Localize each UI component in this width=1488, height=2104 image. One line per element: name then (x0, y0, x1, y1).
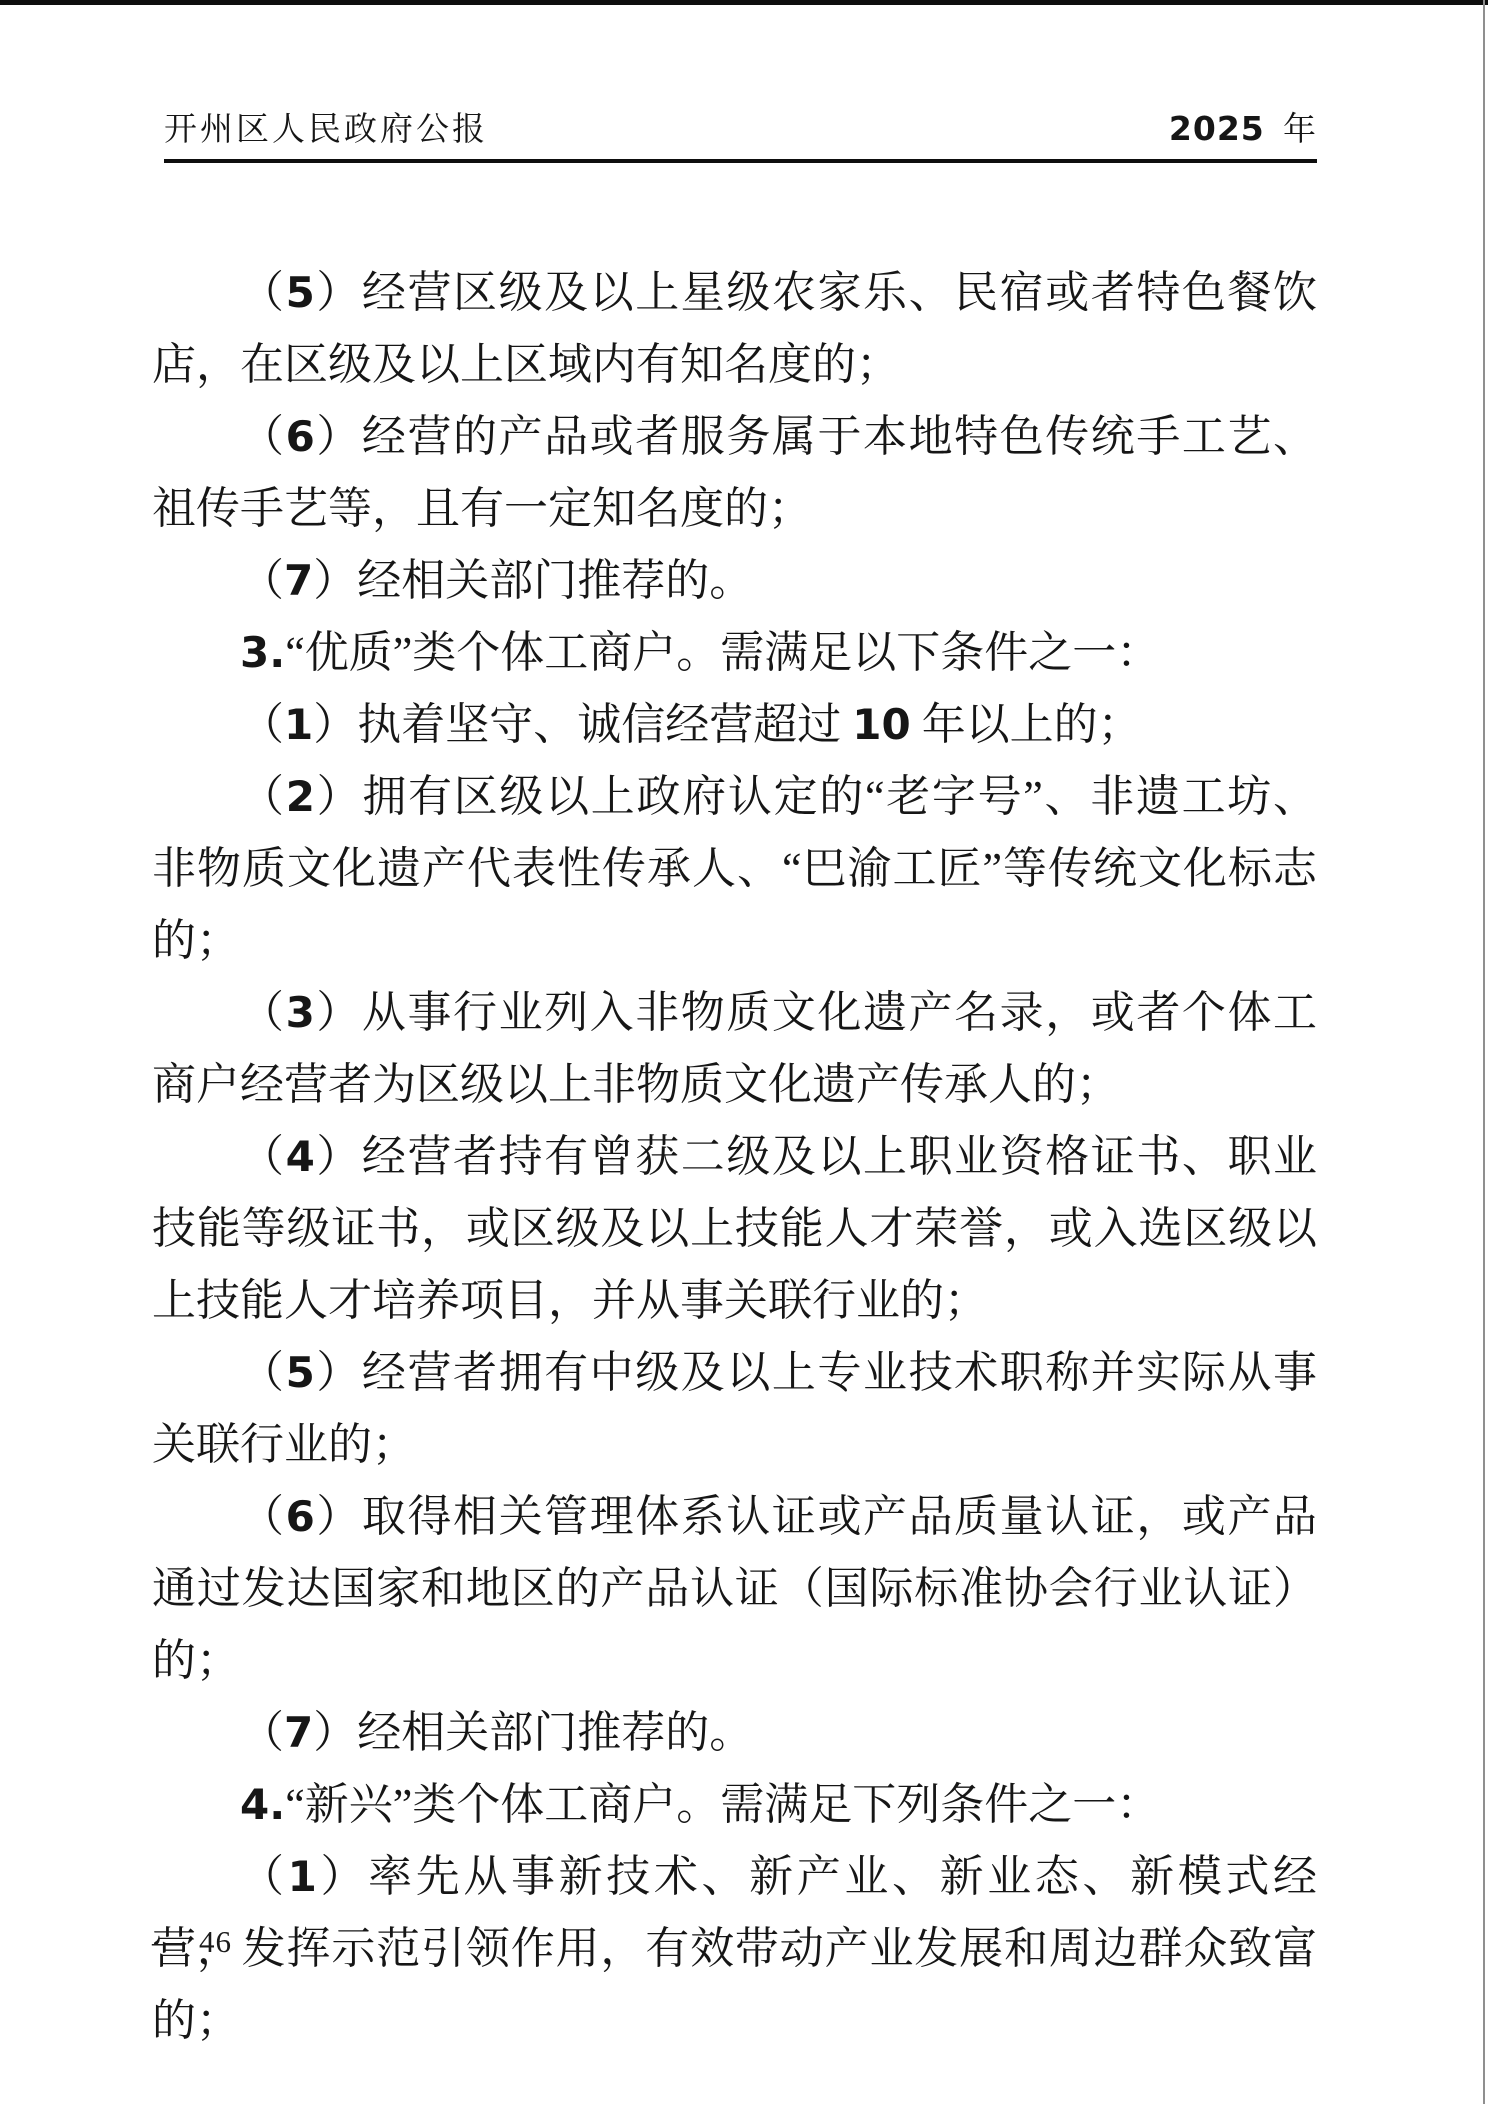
paragraph-text: （ (240, 1348, 286, 1397)
paragraph-number: 1 (288, 1852, 317, 1901)
paragraph-text: （ (240, 268, 286, 317)
paragraph-number: 3. (240, 628, 285, 677)
paragraph: （2）拥有区级以上政府认定的“老字号”、非遗工坊、非物质文化遗产代表性传承人、“… (152, 761, 1317, 977)
paragraph-text: （ (240, 556, 284, 605)
paragraph-number: 5 (286, 268, 315, 317)
paragraph-number: 4 (286, 1132, 315, 1181)
page-right-edge (1483, 0, 1485, 2104)
paragraph-number: 6 (286, 1492, 315, 1541)
paragraph: （5）经营者拥有中级及以上专业技术职称并实际从事关联行业的； (152, 1337, 1317, 1481)
paragraph: 4.“新兴”类个体工商户。需满足下列条件之一： (152, 1769, 1317, 1841)
paragraph-number: 2 (286, 772, 315, 821)
page-footer: — 46 — (152, 1924, 279, 1960)
paragraph-text: （ (240, 772, 286, 821)
paragraph: （7）经相关部门推荐的。 (152, 1697, 1317, 1769)
year-suffix: 年 (1283, 112, 1317, 148)
page-number: 46 (199, 1924, 232, 1960)
paragraph-text: （ (240, 1132, 286, 1181)
paragraph: （1）执着坚守、诚信经营超过 10 年以上的； (152, 689, 1317, 761)
page-top-edge (0, 0, 1488, 5)
paragraph: 3.“优质”类个体工商户。需满足以下条件之一： (152, 617, 1317, 689)
paragraph-text: （ (240, 1708, 284, 1757)
paragraph-number: 1 (284, 700, 313, 749)
year-number: 2025 (1169, 109, 1265, 148)
paragraph: （6）取得相关管理体系认证或产品质量认证，或产品通过发达国家和地区的产品认证（国… (152, 1481, 1317, 1697)
footer-dash-right: — (247, 1924, 279, 1960)
paragraph-number: 7 (284, 1708, 313, 1757)
paragraph-text: ）从事行业列入非物质文化遗产名录，或者个体工商户经营者为区级以上非物质文化遗产传… (152, 988, 1317, 1109)
paragraph-text: ）拥有区级以上政府认定的“老字号”、非遗工坊、非物质文化遗产代表性传承人、“巴渝… (152, 772, 1317, 965)
paragraph-text: ）取得相关管理体系认证或产品质量认证，或产品通过发达国家和地区的产品认证（国际标… (152, 1492, 1317, 1685)
paragraph-text: ）率先从事新技术、新产业、新业态、新模式经营，发挥示范引领作用，有效带动产业发展… (152, 1852, 1317, 2045)
paragraph-text: ）经营者拥有中级及以上专业技术职称并实际从事关联行业的； (152, 1348, 1317, 1469)
paragraph-text: （ (240, 700, 284, 749)
paragraph-number: 4. (240, 1780, 285, 1829)
paragraph-text: （ (240, 988, 286, 1037)
paragraph-text: （ (240, 1852, 288, 1901)
paragraph-number: 5 (286, 1348, 315, 1397)
paragraph: （6）经营的产品或者服务属于本地特色传统手工艺、祖传手艺等，且有一定知名度的； (152, 401, 1317, 545)
paragraph: （1）率先从事新技术、新产业、新业态、新模式经营，发挥示范引领作用，有效带动产业… (152, 1841, 1317, 2057)
paragraph-number: 3 (286, 988, 315, 1037)
document-body: （5）经营区级及以上星级农家乐、民宿或者特色餐饮店，在区级及以上区域内有知名度的… (152, 257, 1317, 2057)
paragraph-text: “新兴”类个体工商户。需满足下列条件之一： (285, 1780, 1160, 1829)
paragraph-text: （ (240, 1492, 286, 1541)
paragraph-text: ）经营者持有曾获二级及以上职业资格证书、职业技能等级证书，或区级及以上技能人才荣… (152, 1132, 1317, 1325)
paragraph-number: 7 (284, 556, 313, 605)
paragraph-text: ）执着坚守、诚信经营超过 (313, 700, 852, 749)
paragraph-text: （ (240, 412, 286, 461)
paragraph-text: 年以上的； (911, 700, 1142, 749)
paragraph-text: ）经相关部门推荐的。 (313, 1708, 753, 1757)
paragraph-number: 6 (286, 412, 315, 461)
gazette-title: 开州区人民政府公报 (164, 112, 488, 150)
paragraph-text: “优质”类个体工商户。需满足以下条件之一： (285, 628, 1160, 677)
page-header: 开州区人民政府公报 2025 年 (164, 110, 1317, 163)
footer-dash-left: — (152, 1924, 184, 1960)
paragraph-text: ）经营区级及以上星级农家乐、民宿或者特色餐饮店，在区级及以上区域内有知名度的； (152, 268, 1317, 389)
paragraph-number: 10 (852, 700, 910, 749)
gazette-page: 开州区人民政府公报 2025 年 （5）经营区级及以上星级农家乐、民宿或者特色餐… (0, 0, 1488, 2104)
paragraph-text: ）经相关部门推荐的。 (313, 556, 753, 605)
paragraph: （7）经相关部门推荐的。 (152, 545, 1317, 617)
paragraph: （3）从事行业列入非物质文化遗产名录，或者个体工商户经营者为区级以上非物质文化遗… (152, 977, 1317, 1121)
gazette-year: 2025 年 (1169, 110, 1317, 150)
paragraph: （5）经营区级及以上星级农家乐、民宿或者特色餐饮店，在区级及以上区域内有知名度的… (152, 257, 1317, 401)
paragraph-text: ）经营的产品或者服务属于本地特色传统手工艺、祖传手艺等，且有一定知名度的； (152, 412, 1317, 533)
paragraph: （4）经营者持有曾获二级及以上职业资格证书、职业技能等级证书，或区级及以上技能人… (152, 1121, 1317, 1337)
